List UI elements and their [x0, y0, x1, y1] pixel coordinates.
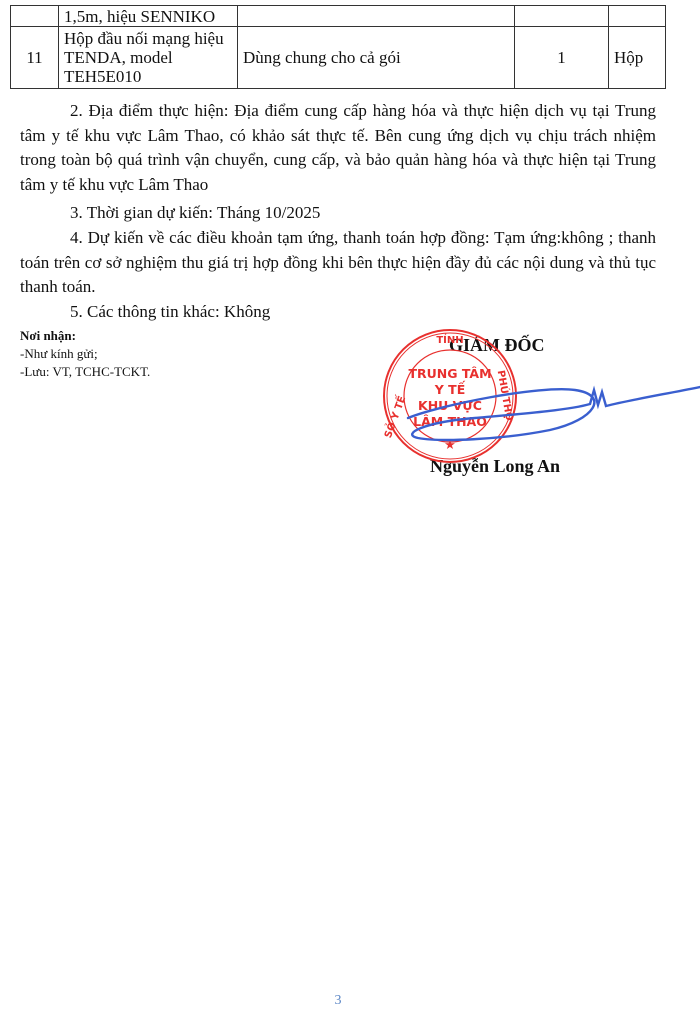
cell-qty: [515, 6, 609, 27]
section-other: 5. Các thông tin khác: Không: [20, 300, 656, 325]
cell-unit: [609, 6, 666, 27]
table-row: 11 Hộp đầu nối mạng hiệu TENDA, model TE…: [11, 27, 666, 89]
recipient-item: -Như kính gửi;: [20, 345, 150, 363]
cell-no: [11, 6, 59, 27]
table-row: 1,5m, hiệu SENNIKO: [11, 6, 666, 27]
items-table: 1,5m, hiệu SENNIKO 11 Hộp đầu nối mạng h…: [10, 5, 666, 89]
section-location: 2. Địa điểm thực hiện: Địa điểm cung cấp…: [20, 99, 656, 197]
recipients-block: Nơi nhận: -Như kính gửi; -Lưu: VT, TCHC-…: [20, 327, 150, 381]
cell-no: 11: [11, 27, 59, 89]
recipient-item: -Lưu: VT, TCHC-TCKT.: [20, 363, 150, 381]
cell-qty: 1: [515, 27, 609, 89]
cell-name: Hộp đầu nối mạng hiệu TENDA, model TEH5E…: [59, 27, 238, 89]
cell-spec: Dùng chung cho cả gói: [238, 27, 515, 89]
handwritten-signature: [380, 360, 700, 460]
section-time: 3. Thời gian dự kiến: Tháng 10/2025: [20, 201, 656, 226]
document-page: 1,5m, hiệu SENNIKO 11 Hộp đầu nối mạng h…: [0, 0, 700, 1016]
svg-text:TỈNH: TỈNH: [436, 332, 463, 346]
recipients-title: Nơi nhận:: [20, 327, 150, 345]
page-number: 3: [0, 993, 676, 1009]
cell-name: 1,5m, hiệu SENNIKO: [59, 6, 238, 27]
cell-unit: Hộp: [609, 27, 666, 89]
section-payment: 4. Dự kiến về các điều khoản tạm ứng, th…: [20, 226, 656, 300]
cell-spec: [238, 6, 515, 27]
